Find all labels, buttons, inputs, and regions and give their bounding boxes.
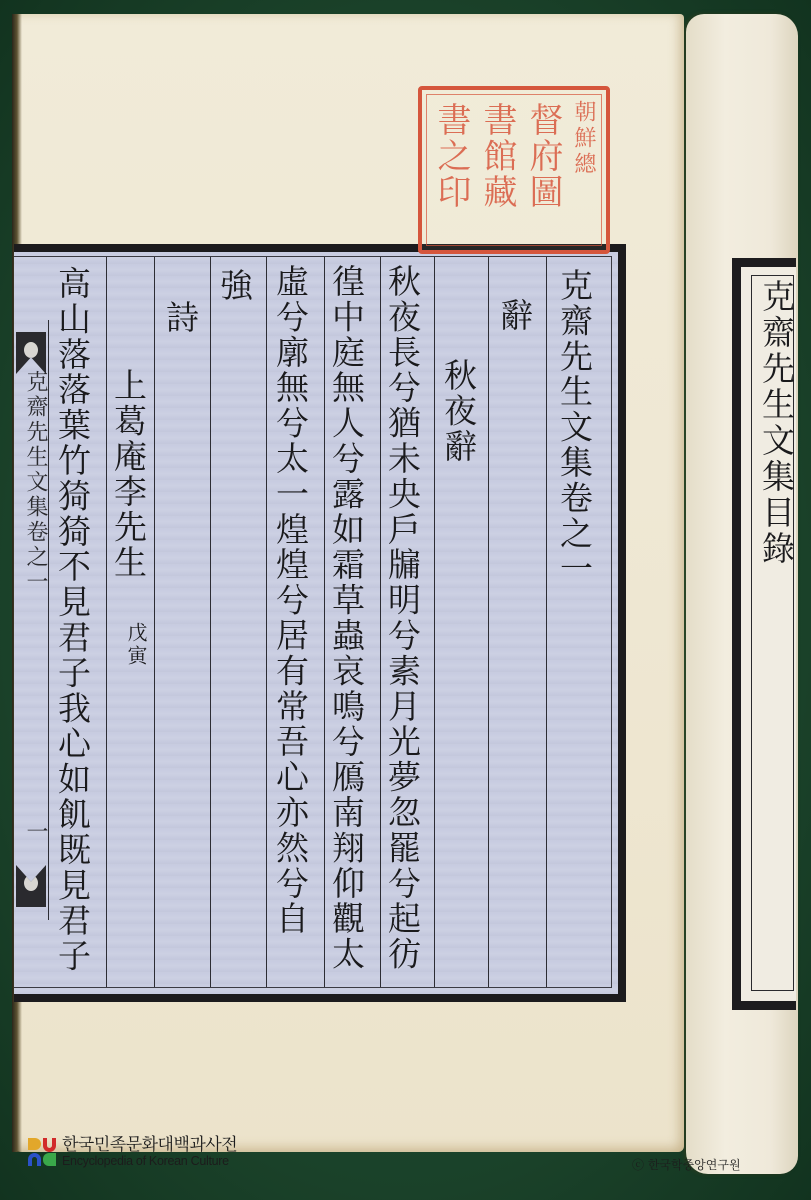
logo-english-text: Encyclopedia of Korean Culture [62, 1155, 237, 1168]
work-title-autumn-night: 秋夜辭 [442, 358, 475, 464]
column-rule [210, 257, 211, 987]
seal-column-4: 書之印 [434, 102, 468, 210]
work-title-poem: 上葛庵李先生 [112, 368, 145, 580]
right-page-title-block: 克齋先生文集目錄 [732, 258, 796, 1010]
column-rule [546, 257, 547, 987]
copyright-notice: ⓒ 한국학중앙연구원 [632, 1156, 741, 1173]
text-column-4: 強 [218, 268, 251, 303]
encyclopedia-logo: 한국민족문화대백과사전 Encyclopedia of Korean Cultu… [28, 1137, 237, 1168]
section-heading-poetry: 詩 [164, 300, 197, 335]
column-rule [266, 257, 267, 987]
fold-center-title: 克齋先生文集卷之一 [20, 370, 51, 595]
volume-title: 克齋先生文集卷之一 [558, 268, 591, 587]
right-page-title: 克齋先生文集目錄 [753, 279, 800, 567]
seal-column-3: 書館藏 [480, 102, 514, 210]
text-column-3: 虛兮廓無兮太一煌煌兮居有常吾心亦然兮自 [274, 264, 307, 937]
library-seal: 朝鮮總 督府圖 書館藏 書之印 [418, 86, 610, 254]
logo-korean-text: 한국민족문화대백과사전 [62, 1137, 237, 1154]
column-rule [380, 257, 381, 987]
fish-tail-top-icon [16, 332, 46, 374]
seal-column-2: 督府圖 [526, 102, 560, 210]
print-block: 克齋先生文集卷之一 辭 秋夜辭 秋夜長兮猶未央戶牖明兮素月光夢忽罷兮起彷 徨中庭… [14, 244, 626, 1002]
column-rule [488, 257, 489, 987]
section-heading-ci: 辭 [498, 298, 531, 333]
fold-center: 克齋先生文集卷之一 一 [14, 320, 49, 920]
column-rule [434, 257, 435, 987]
seal-column-1: 朝鮮總 [572, 100, 594, 178]
text-column-2: 徨中庭無人兮露如霜草蟲哀鳴兮鴈南翔仰觀太 [330, 264, 363, 972]
column-rule [324, 257, 325, 987]
column-rule [154, 257, 155, 987]
column-rule [106, 257, 107, 987]
work-title-note: 戊寅 [122, 622, 151, 668]
encyclopedia-logo-icon [28, 1138, 58, 1166]
poem-column: 高山落落葉竹猗猗不見君子我心如飢既見君子 [56, 266, 89, 974]
fish-tail-bottom-icon [16, 865, 46, 907]
fold-page-number: 一 [20, 820, 51, 845]
text-column-1: 秋夜長兮猶未央戶牖明兮素月光夢忽罷兮起彷 [386, 264, 419, 972]
print-frame [14, 256, 612, 988]
